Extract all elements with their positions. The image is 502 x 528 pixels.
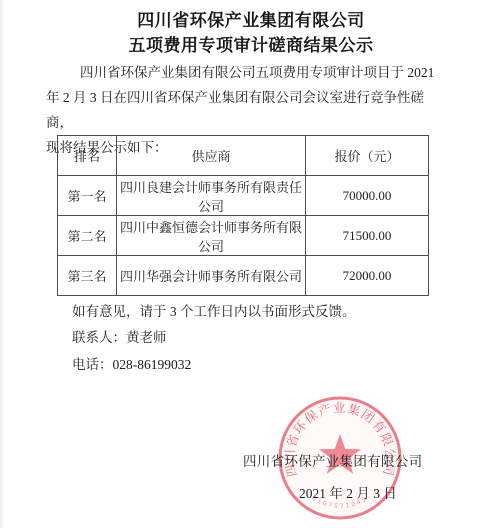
rank-cell: 第三名 [58, 256, 117, 296]
col-header-price: 报价（元） [306, 136, 429, 176]
paragraph-line-2: 年 2 月 3 日在四川省环保产业集团有限公司会议室进行竞争性磋商， [46, 85, 444, 135]
table-row: 第二名 四川中鑫恒德会计师事务所有限公司 71500.00 [58, 216, 429, 256]
price-cell: 71500.00 [306, 216, 429, 256]
table-row: 第三名 四川华强会计师事务所有限公司 72000.00 [58, 256, 429, 296]
price-cell: 70000.00 [306, 176, 429, 216]
document-title-line1: 四川省环保产业集团有限公司 [0, 6, 502, 31]
signature-date: 2021 年 2 月 3 日 [299, 482, 397, 502]
contact-person: 联系人：黄老师 [72, 328, 167, 348]
supplier-cell: 四川华强会计师事务所有限公司 [117, 256, 306, 296]
col-header-supplier: 供应商 [117, 136, 306, 176]
contact-phone: 电话：028-86199032 [72, 355, 191, 375]
feedback-note: 如有意见，请于 3 个工作日内以书面形式反馈。 [72, 302, 356, 322]
rank-cell: 第一名 [58, 176, 117, 216]
document-page: 四川省环保产业集团有限公司 五项费用专项审计磋商结果公示 四川省环保产业集团有限… [0, 0, 502, 528]
results-table: 排名 供应商 报价（元） 第一名 四川良建会计师事务所有限责任公司 70000.… [57, 135, 429, 296]
price-cell: 72000.00 [306, 256, 429, 296]
supplier-cell: 四川良建会计师事务所有限责任公司 [117, 176, 306, 216]
table-row: 第一名 四川良建会计师事务所有限责任公司 70000.00 [58, 176, 429, 216]
table-header-row: 排名 供应商 报价（元） [58, 136, 429, 176]
col-header-rank: 排名 [58, 136, 117, 176]
signature-company: 四川省环保产业集团有限公司 [243, 450, 422, 470]
rank-cell: 第二名 [58, 216, 117, 256]
supplier-cell: 四川中鑫恒德会计师事务所有限公司 [117, 216, 306, 256]
paragraph-line-1: 四川省环保产业集团有限公司五项费用专项审计项目于 2021 [46, 60, 444, 85]
document-title-line2: 五项费用专项审计磋商结果公示 [0, 31, 502, 56]
